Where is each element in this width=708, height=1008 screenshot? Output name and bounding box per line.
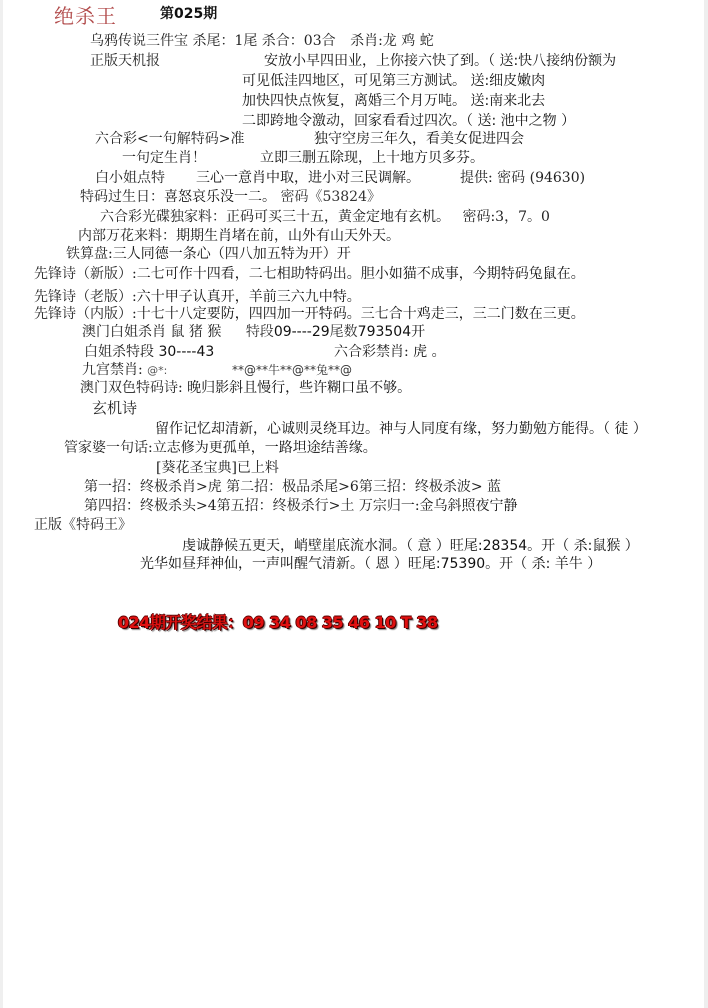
moves-line-2: 第四招：终极杀头>4第五招：终极杀行>土 万宗归一:金乌斜照夜宁静 [84,498,518,515]
segment-label: 特段 [246,324,274,340]
abacus-text: 三人同德一条心（四八加五特为开）开 [113,246,351,262]
macau-poem-text: 晚归影斜且慢行，些许糊口虽不够。 [187,380,411,396]
section-label: 管家婆一句话: [64,440,153,456]
housekeeper-line: 管家婆一句话:立志修为更孤单，一路坦途结善缘。 [64,440,377,457]
moves-text: 第四招：终极杀头>4第五招：终极杀行>土 万宗归一: [84,498,420,514]
password-code: 密码:3，7。0 [462,209,549,225]
section-label: 六合彩<一句解特码>准 [95,131,244,148]
section-label: 内部万花来料： [78,228,176,244]
poem-inner-line: 先锋诗（内版）:十七十八定要防，四四加一开特码。三七合十鸡走三，三二门数在三更。 [34,306,585,323]
baixiaojie-text: 三心一意肖中取，进小对三民调解。 [196,170,420,187]
birthday-line: 特码过生日：喜怒哀乐没一二。 密码《53824》 [80,189,381,206]
poem-new-line: 先锋诗（新版）:二七可作十四看，二七相助特码出。胆小如猫不成事，今期特码兔鼠在。 [34,266,585,283]
wanhua-text: 期期生肖堵在前，山外有山天外天。 [176,228,400,244]
banned-zodiac: 虎 。 [413,344,445,360]
section-label: 正版《特码王》 [34,517,132,534]
section-label: 先锋诗（内版）: [34,306,137,322]
section-label: 六合彩光碟独家料： [100,209,226,225]
issue-number: 第025期 [160,3,217,23]
disc-line: 六合彩光碟独家料：正码可买三十五，黄金定地有玄机。 密码:3，7。0 [100,209,550,226]
page-title: 绝杀王 [54,0,117,29]
wanhua-line: 内部万花来料：期期生肖堵在前，山外有山天外天。 [78,228,400,245]
macau-poem-line: 澳门双色特码诗: 晚归影斜且慢行，些许糊口虽不够。 [80,380,411,397]
crow-legend-line: 乌鸦传说三件宝 杀尾：1尾 杀合：03合 杀肖:龙 鸡 蛇 [90,33,434,50]
moves-line-1: 第一招：终极杀肖>虎 第二招：极品杀尾>6第三招：终极杀波> 蓝 [84,479,501,496]
baijie-segment-line: 白姐杀特段 30----43 [84,344,214,361]
tianji-line-4: 二即跨地令激动，回家看看过四次。（ 送: 池中之物 ） [242,113,575,130]
section-label: 特码过生日： [80,189,164,205]
tianji-line-3: 加快四快点恢复，离婚三个月万吨。 送:南来北去 [242,93,545,110]
segment-value: 30----43 [158,344,214,360]
tail-label: 尾数 [330,324,358,340]
nine-palace-a: @*: [147,364,167,377]
poem-new-text: 二七可作十四看，二七相助特码出。胆小如猫不成事，今期特码兔鼠在。 [137,266,585,282]
tianji-line-1: 安放小早四田业，上你接六快了到。（ 送:快八接纳份额为 [264,53,616,70]
housekeeper-text: 立志修为更孤单，一路坦途结善缘。 [153,440,377,456]
section-label: 正版天机报 [90,53,160,70]
macau-kill-line: 澳门白姐杀肖 鼠 猪 猴 特段09----29尾数793504开 [82,324,425,341]
section-label: 澳门双色特码诗: [80,380,183,396]
section-label: 一句定生肖！ [122,150,206,167]
draw-result: 024期开奖结果：09 34 08 35 46 10 T 38 [118,610,438,633]
section-label: 铁算盘: [66,246,113,262]
disc-text: 正码可买三十五，黄金定地有玄机。 [226,209,450,225]
birthday-text: 喜怒哀乐没一二。 [164,189,276,205]
password-code: 提供: 密码 (94630) [460,170,585,187]
tianji-line-2: 可见低洼四地区，可见第三方测试。 送:细皮嫩肉 [242,73,545,90]
poem-inner-text: 十七十八定要防，四四加一开特码。三七合十鸡走三，三二门数在三更。 [137,306,585,322]
segment-value: 09----29 [274,324,330,340]
mystery-poem-text: 留作记忆却清新，心诚则灵绕耳边。神与人同度有缘，努力勤勉方能得。（ 徒 ） [155,421,647,438]
nine-palace-line: 九宫禁肖: @*: [82,362,167,379]
section-label: 乌鸦传说三件宝 [90,33,188,49]
abacus-line: 铁算盘:三人同德一条心（四八加五特为开）开 [66,246,351,263]
moves-tail: 金乌斜照夜宁静 [420,498,518,514]
section-label: 先锋诗（新版）: [34,266,137,282]
poem-old-line: 先锋诗（老版）:六十甲子认真开，羊前三六九中特。 [34,289,361,306]
kill-zodiacs: 鼠 猪 猴 [170,324,221,340]
section-label: 白小姐点特 [95,170,165,187]
banned-zodiac-line: 六合彩禁肖: 虎 。 [334,344,446,361]
section-label: 白姐杀特段 [84,344,154,360]
code-king-line-1: 虔诚静候五更天，峭壁崖底流水洞。（ 意 ）旺尾:28354。开（ 杀:鼠猴 ） [182,538,639,555]
password-code: 密码《53824》 [280,189,381,205]
section-label: 玄机诗 [92,400,137,417]
code-king-line-2: 光华如昼拜神仙，一声叫醒气清新。（ 恩 ）旺尾:75390。开（ 杀: 羊牛 ） [140,556,601,573]
zodiac-text: 立即三删五除现，上十地方贝多芬。 [260,150,484,167]
kill-zodiac: 杀肖:龙 鸡 蛇 [350,33,434,49]
section-label: 先锋诗（老版）: [34,289,137,305]
section-label: 九宫禁肖: [82,362,143,378]
kill-tail-combo: 杀尾：1尾 杀合：03合 [192,33,335,49]
one-line-text: 独守空房三年久，看美女促进四会 [314,131,524,148]
poem-old-text: 六十甲子认真开，羊前三六九中特。 [137,289,361,305]
section-label: [葵花圣宝典]已上料 [156,460,279,477]
section-label: 澳门白姐杀肖 [82,324,166,340]
nine-palace-b: **@**牛**@**兔**@ [232,362,352,379]
tail-value: 793504开 [358,324,425,340]
section-label: 六合彩禁肖: [334,344,409,360]
